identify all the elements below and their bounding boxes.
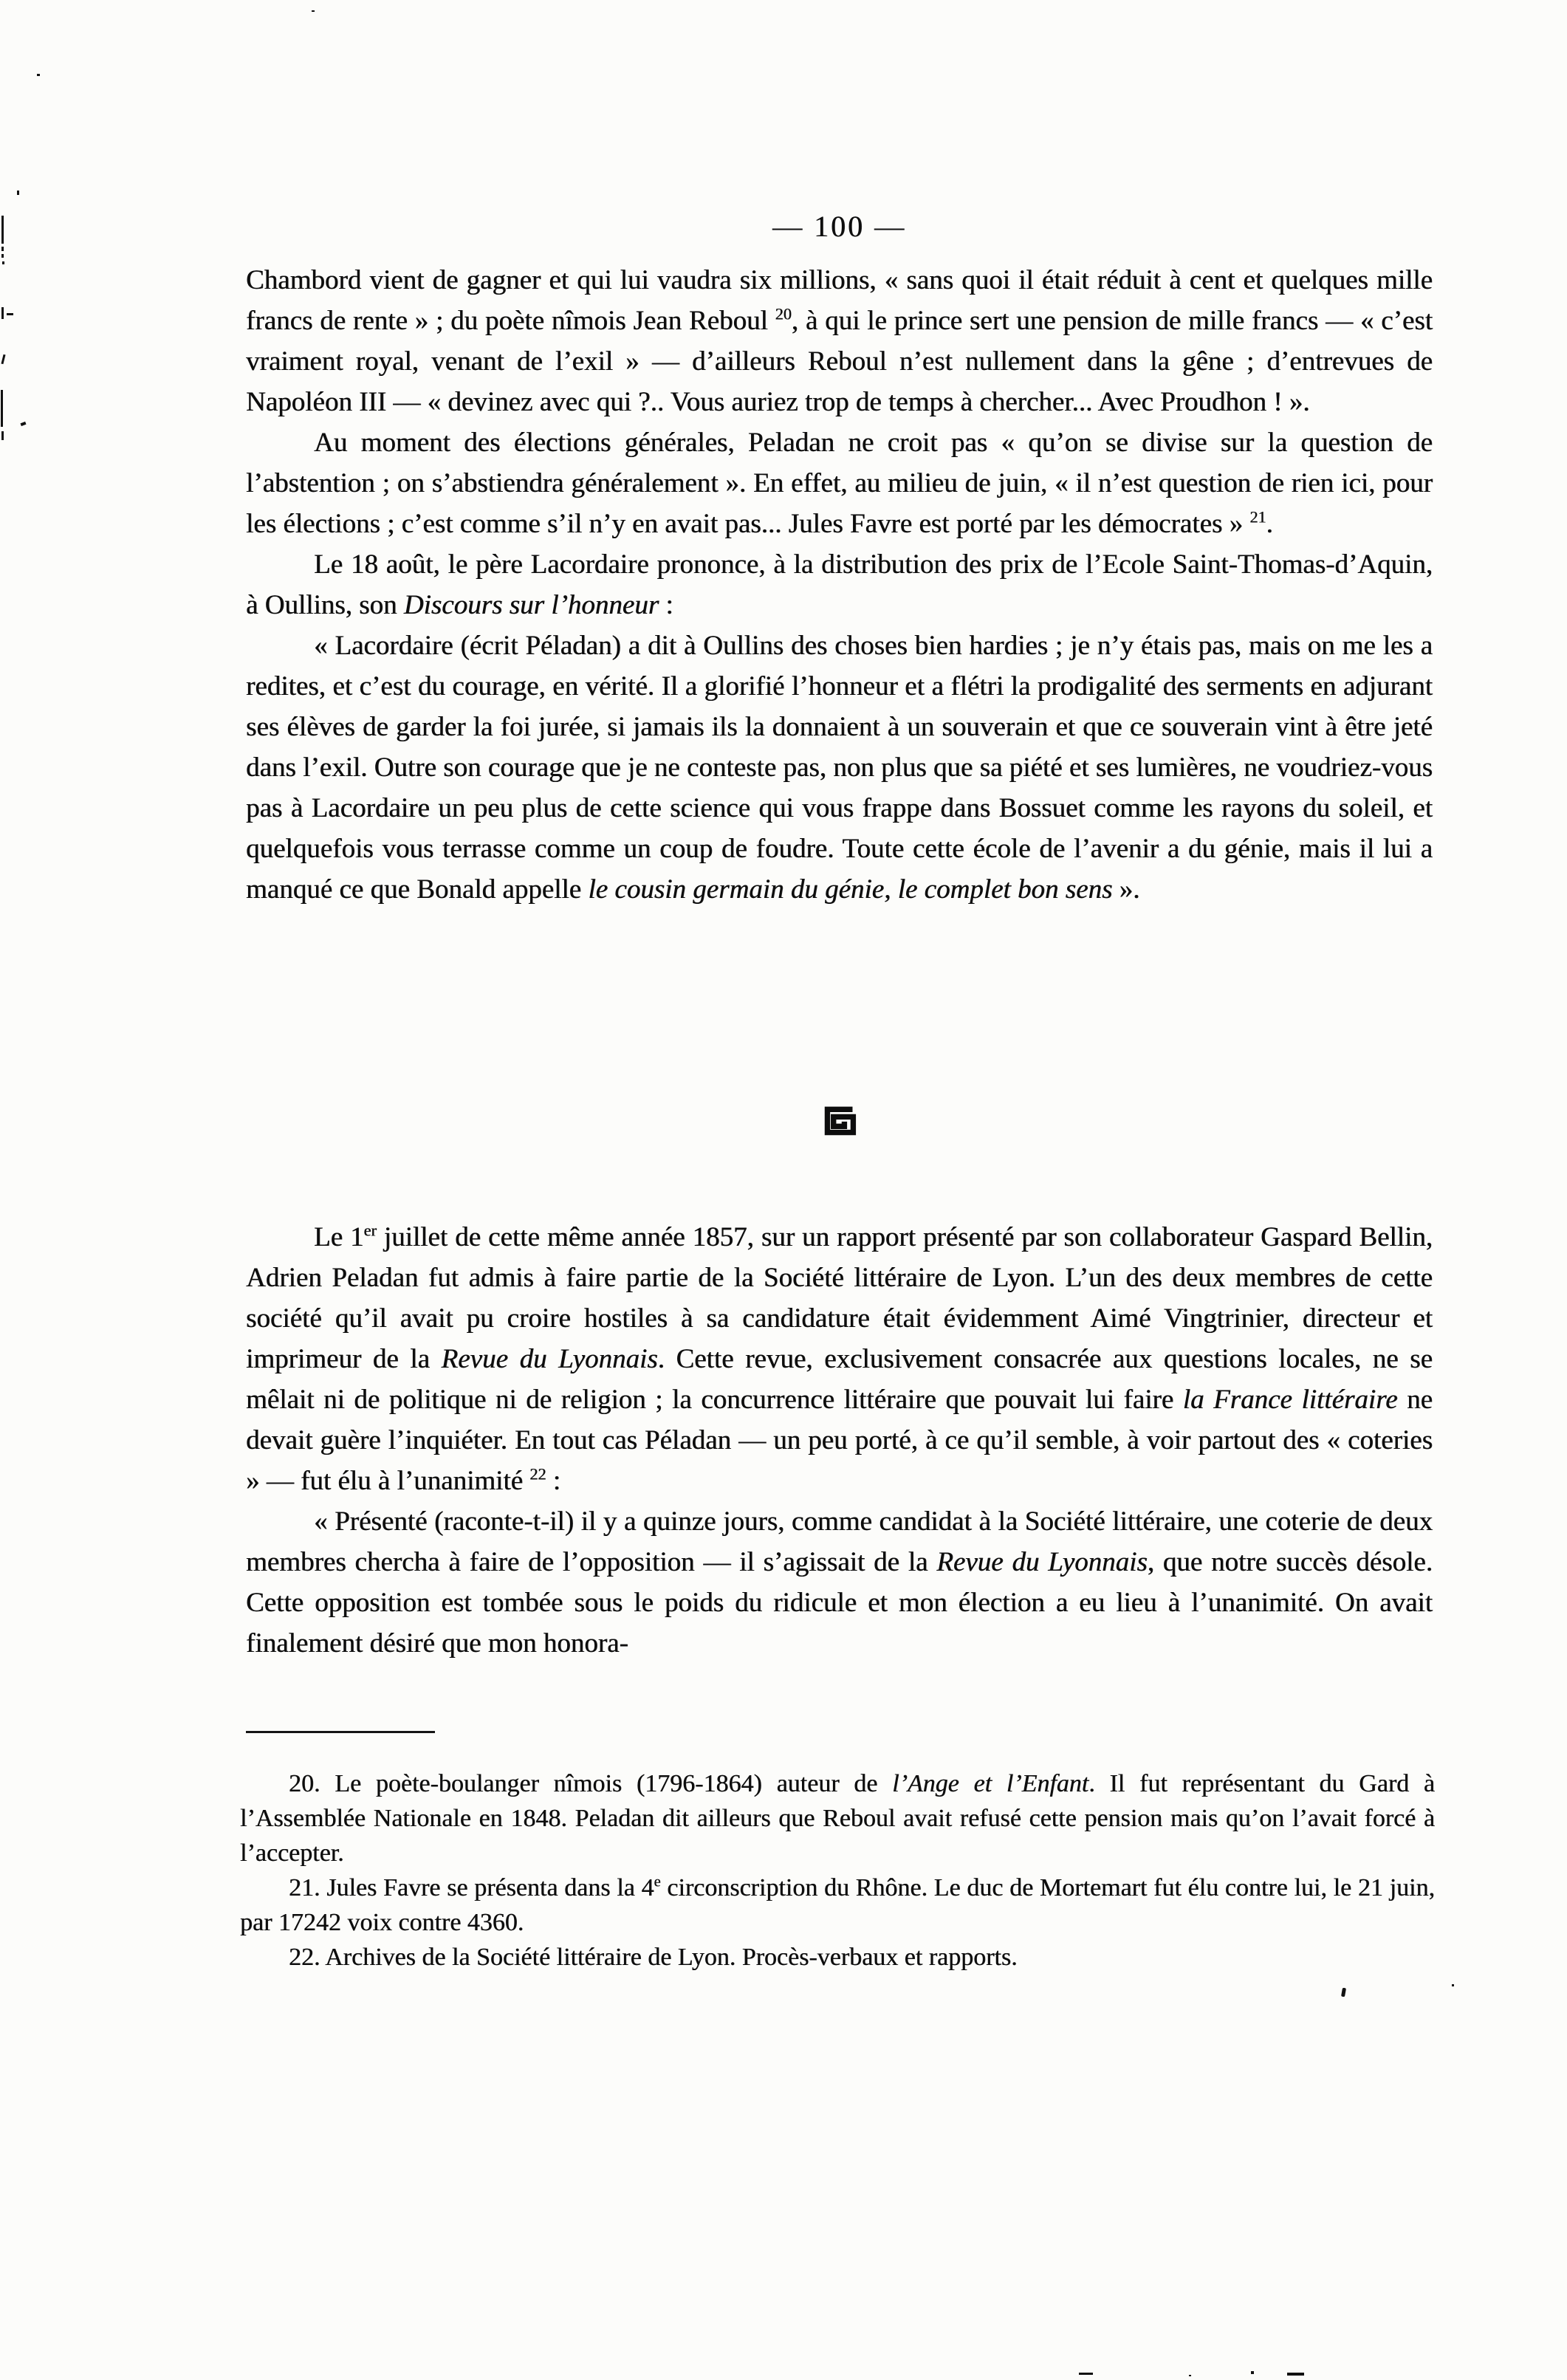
scan-artifact <box>1 354 5 364</box>
text-run: 21. Jules Favre se présenta dans la 4 <box>289 1874 654 1901</box>
paragraph: Au moment des élections générales, Pelad… <box>246 422 1433 544</box>
footnote-reference: 20 <box>775 305 792 323</box>
scan-artifact <box>1 254 4 258</box>
scan-artifact <box>2 261 4 264</box>
text-run: « Lacordaire (écrit Péladan) a dit à Oul… <box>246 631 1433 905</box>
text-run: ». <box>1112 874 1139 905</box>
scan-artifact <box>1079 2373 1093 2375</box>
text-run: la France littéraire <box>1183 1385 1398 1415</box>
paragraph: « Lacordaire (écrit Péladan) a dit à Oul… <box>246 625 1433 910</box>
text-run: Revue du Lyonnais <box>442 1344 658 1374</box>
footnote-reference: er <box>364 1221 377 1240</box>
scan-artifact <box>1251 2371 1254 2374</box>
footnotes-block: 20. Le poète-boulanger nîmois (1796-1864… <box>240 1766 1435 1975</box>
footnote-separator-rule <box>246 1731 435 1733</box>
footnote-reference: e <box>654 1874 660 1890</box>
scan-artifact <box>1189 2375 1191 2376</box>
book-page: — 100 — Chambord vient de gagner et qui … <box>0 0 1567 2380</box>
footnote-reference: 21 <box>1249 508 1266 527</box>
scan-artifact <box>21 422 27 426</box>
paragraph: « Présenté (raconte-t-il) il y a quinze … <box>246 1501 1433 1664</box>
paragraph: Le 18 août, le père Lacordaire prononce,… <box>246 544 1433 625</box>
scan-artifact <box>1 247 4 251</box>
paragraph: Chambord vient de gagner et qui lui vaud… <box>246 260 1433 422</box>
text-run: 20. Le poète-boulanger nîmois (1796-1864… <box>289 1770 892 1797</box>
main-text-section-2: Le 1er juillet de cette même année 1857,… <box>246 1217 1433 1664</box>
footnote: 22. Archives de la Société littéraire de… <box>240 1940 1435 1975</box>
scan-artifact <box>1 431 4 440</box>
main-text-section-1: Chambord vient de gagner et qui lui vaud… <box>246 260 1433 910</box>
page-number: — 100 — <box>246 209 1433 244</box>
scan-artifact <box>1341 1988 1346 1997</box>
text-run: le cousin germain du génie, le complet b… <box>588 874 1112 905</box>
section-divider-ornament <box>246 1103 1433 1140</box>
paragraph: Le 1er juillet de cette même année 1857,… <box>246 1217 1433 1501</box>
scan-artifact <box>312 10 315 12</box>
footnote: 20. Le poète-boulanger nîmois (1796-1864… <box>240 1766 1435 1870</box>
scan-artifact <box>1287 2373 1304 2376</box>
scan-artifact <box>17 191 19 195</box>
scan-artifact <box>1 390 3 427</box>
scan-artifact <box>7 313 13 315</box>
footnote: 21. Jules Favre se présenta dans la 4e c… <box>240 1870 1435 1940</box>
text-run: : <box>659 590 673 620</box>
text-run: . <box>1266 509 1273 539</box>
text-run: Le 1 <box>314 1222 364 1252</box>
scan-artifact <box>1 216 4 244</box>
text-run: l’Ange et l’Enfant <box>892 1770 1088 1797</box>
text-run: : <box>546 1466 560 1496</box>
scan-artifact <box>1452 1984 1454 1986</box>
scan-artifact <box>1 307 4 319</box>
scan-artifact <box>37 74 40 76</box>
text-run: Revue du Lyonnais <box>936 1547 1148 1577</box>
text-run: Discours sur l’honneur <box>404 590 659 620</box>
square-spiral-icon <box>823 1103 857 1137</box>
text-run: 22. Archives de la Société littéraire de… <box>289 1944 1018 1971</box>
footnote-reference: 22 <box>529 1465 546 1484</box>
